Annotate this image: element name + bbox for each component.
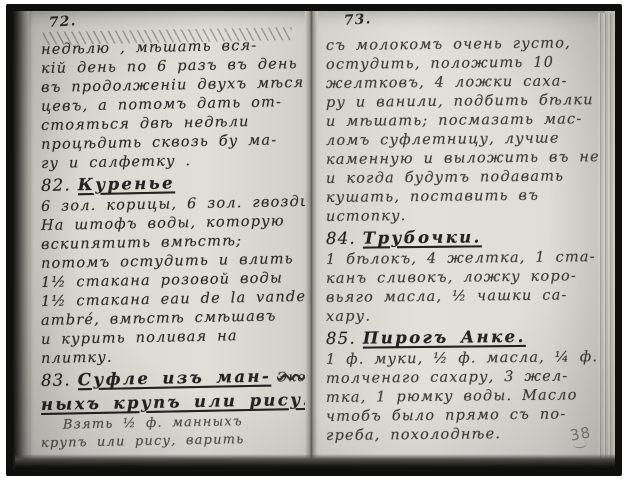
recipe-number: 85. xyxy=(326,329,356,348)
recipe-title: Пирогъ Анке. xyxy=(363,327,526,348)
recipe-title: Куренье xyxy=(78,173,175,194)
recipe-title: Суфле изъ ман- xyxy=(78,367,272,390)
page-edges-right xyxy=(598,13,615,465)
page-number-right: 73. xyxy=(343,11,371,29)
recipe-heading: 85.Пирогъ Анке. xyxy=(326,324,603,351)
photo-scan: 72. недѣлю , мѣшать вся-кій день по 6 ра… xyxy=(0,0,628,481)
recipe-number: 84. xyxy=(326,229,356,248)
right-page-text: съ молокомъ очень густо,остудить, положи… xyxy=(326,37,603,446)
recipe-heading: 84.Трубочки. xyxy=(326,224,603,251)
recipe-title: ныхъ крупъ или рису. xyxy=(41,390,311,414)
left-page-text: недѣлю , мѣшать вся-кій день по 6 разъ в… xyxy=(41,41,300,453)
cover-edge-left xyxy=(13,11,33,469)
left-page: 72. недѣлю , мѣшать вся-кій день по 6 ра… xyxy=(29,11,305,457)
handwritten-line: греба, похолоднѣе. xyxy=(326,424,603,446)
recipe-title: Трубочки. xyxy=(363,227,482,247)
recipe-number: 82. xyxy=(41,175,71,195)
page-number-left: 72. xyxy=(48,13,76,31)
binding-gutter xyxy=(305,11,318,459)
right-page: 73. съ молокомъ очень густо,остудить, по… xyxy=(318,11,605,459)
page-block-bottom-edge xyxy=(15,454,615,469)
handwritten-line: крупъ или рису, варить xyxy=(41,430,300,453)
archival-pencil-number: 38 xyxy=(569,423,593,444)
photo-border: 72. недѣлю , мѣшать вся-кій день по 6 ра… xyxy=(6,4,622,476)
notebook-spread: 72. недѣлю , мѣшать вся-кій день по 6 ра… xyxy=(13,11,615,469)
recipe-number: 83. xyxy=(41,370,71,390)
